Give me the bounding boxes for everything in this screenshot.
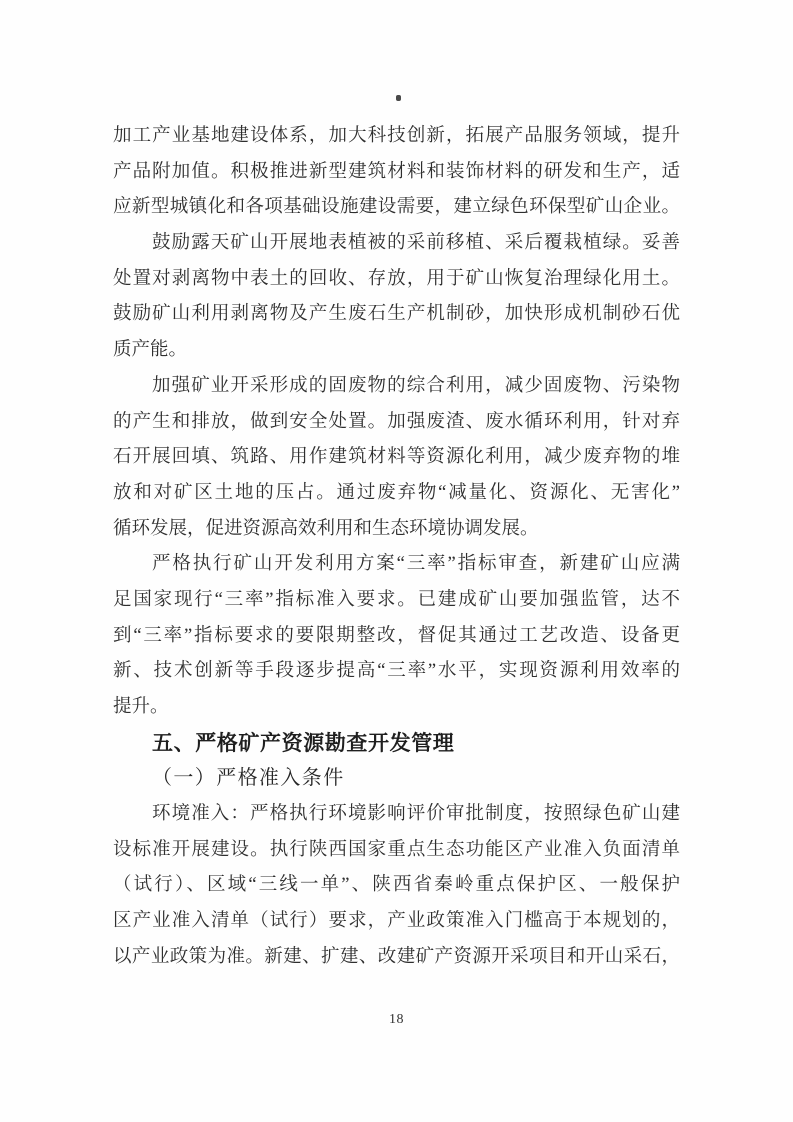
text-line: （一）严格准入条件 bbox=[113, 761, 680, 797]
text-line: 应新型城镇化和各项基础设施建设需要，建立绿色环保型矿山企业。 bbox=[113, 190, 680, 226]
text-line: 鼓励矿山利用剥离物及产生废石生产机制砂，加快形成机制砂石优 bbox=[113, 297, 680, 333]
scan-artifact-dot bbox=[396, 95, 401, 101]
text-line: 鼓励露天矿山开展地表植被的采前移植、采后覆栽植绿。妥善 bbox=[113, 226, 680, 262]
paragraph: 加工产业基地建设体系，加大科技创新，拓展产品服务领域，提升产品附加值。积极推进新… bbox=[113, 119, 680, 226]
text-line: 的产生和排放，做到安全处置。加强废渣、废水循环利用，针对弃 bbox=[113, 405, 680, 441]
text-line: 到“三率”指标要求的要限期整改，督促其通过工艺改造、设备更 bbox=[113, 619, 680, 655]
text-line: 质产能。 bbox=[113, 333, 680, 369]
paragraph: 加强矿业开采形成的固废物的综合利用，减少固废物、污染物的产生和排放，做到安全处置… bbox=[113, 369, 680, 547]
document-body: 加工产业基地建设体系，加大科技创新，拓展产品服务领域，提升产品附加值。积极推进新… bbox=[113, 119, 680, 976]
text-line: 处置对剥离物中表土的回收、存放，用于矿山恢复治理绿化用土。 bbox=[113, 262, 680, 298]
text-line: 石开展回填、筑路、用作建筑材料等资源化利用，减少废弃物的堆 bbox=[113, 440, 680, 476]
text-line: 加工产业基地建设体系，加大科技创新，拓展产品服务领域，提升 bbox=[113, 119, 680, 155]
heading1: 五、严格矿产资源勘查开发管理 bbox=[113, 726, 680, 762]
paragraph: 环境准入：严格执行环境影响评价审批制度，按照绿色矿山建设标准开展建设。执行陕西国… bbox=[113, 797, 680, 975]
text-line: 放和对矿区土地的压占。通过废弃物“减量化、资源化、无害化” bbox=[113, 476, 680, 512]
heading2: （一）严格准入条件 bbox=[113, 761, 680, 797]
text-line: 区产业准入清单（试行）要求，产业政策准入门槛高于本规划的， bbox=[113, 904, 680, 940]
paragraph: 严格执行矿山开发利用方案“三率”指标审查，新建矿山应满足国家现行“三率”指标准入… bbox=[113, 547, 680, 725]
text-line: 设标准开展建设。执行陕西国家重点生态功能区产业准入负面清单 bbox=[113, 833, 680, 869]
text-line: 循环发展，促进资源高效利用和生态环境协调发展。 bbox=[113, 512, 680, 548]
text-line: （试行）、区域“三线一单”、陕西省秦岭重点保护区、一般保护 bbox=[113, 868, 680, 904]
text-line: 足国家现行“三率”指标准入要求。已建成矿山要加强监管，达不 bbox=[113, 583, 680, 619]
document-page: 加工产业基地建设体系，加大科技创新，拓展产品服务领域，提升产品附加值。积极推进新… bbox=[0, 0, 793, 1122]
text-line: 五、严格矿产资源勘查开发管理 bbox=[113, 726, 680, 762]
text-line: 新、技术创新等手段逐步提高“三率”水平，实现资源利用效率的 bbox=[113, 654, 680, 690]
text-line: 加强矿业开采形成的固废物的综合利用，减少固废物、污染物 bbox=[113, 369, 680, 405]
text-line: 提升。 bbox=[113, 690, 680, 726]
text-line: 严格执行矿山开发利用方案“三率”指标审查，新建矿山应满 bbox=[113, 547, 680, 583]
text-line: 产品附加值。积极推进新型建筑材料和装饰材料的研发和生产，适 bbox=[113, 155, 680, 191]
text-line: 环境准入：严格执行环境影响评价审批制度，按照绿色矿山建 bbox=[113, 797, 680, 833]
page-number: 18 bbox=[0, 1012, 793, 1028]
paragraph: 鼓励露天矿山开展地表植被的采前移植、采后覆栽植绿。妥善处置对剥离物中表土的回收、… bbox=[113, 226, 680, 369]
text-line: 以产业政策为准。新建、扩建、改建矿产资源开采项目和开山采石， bbox=[113, 940, 680, 976]
